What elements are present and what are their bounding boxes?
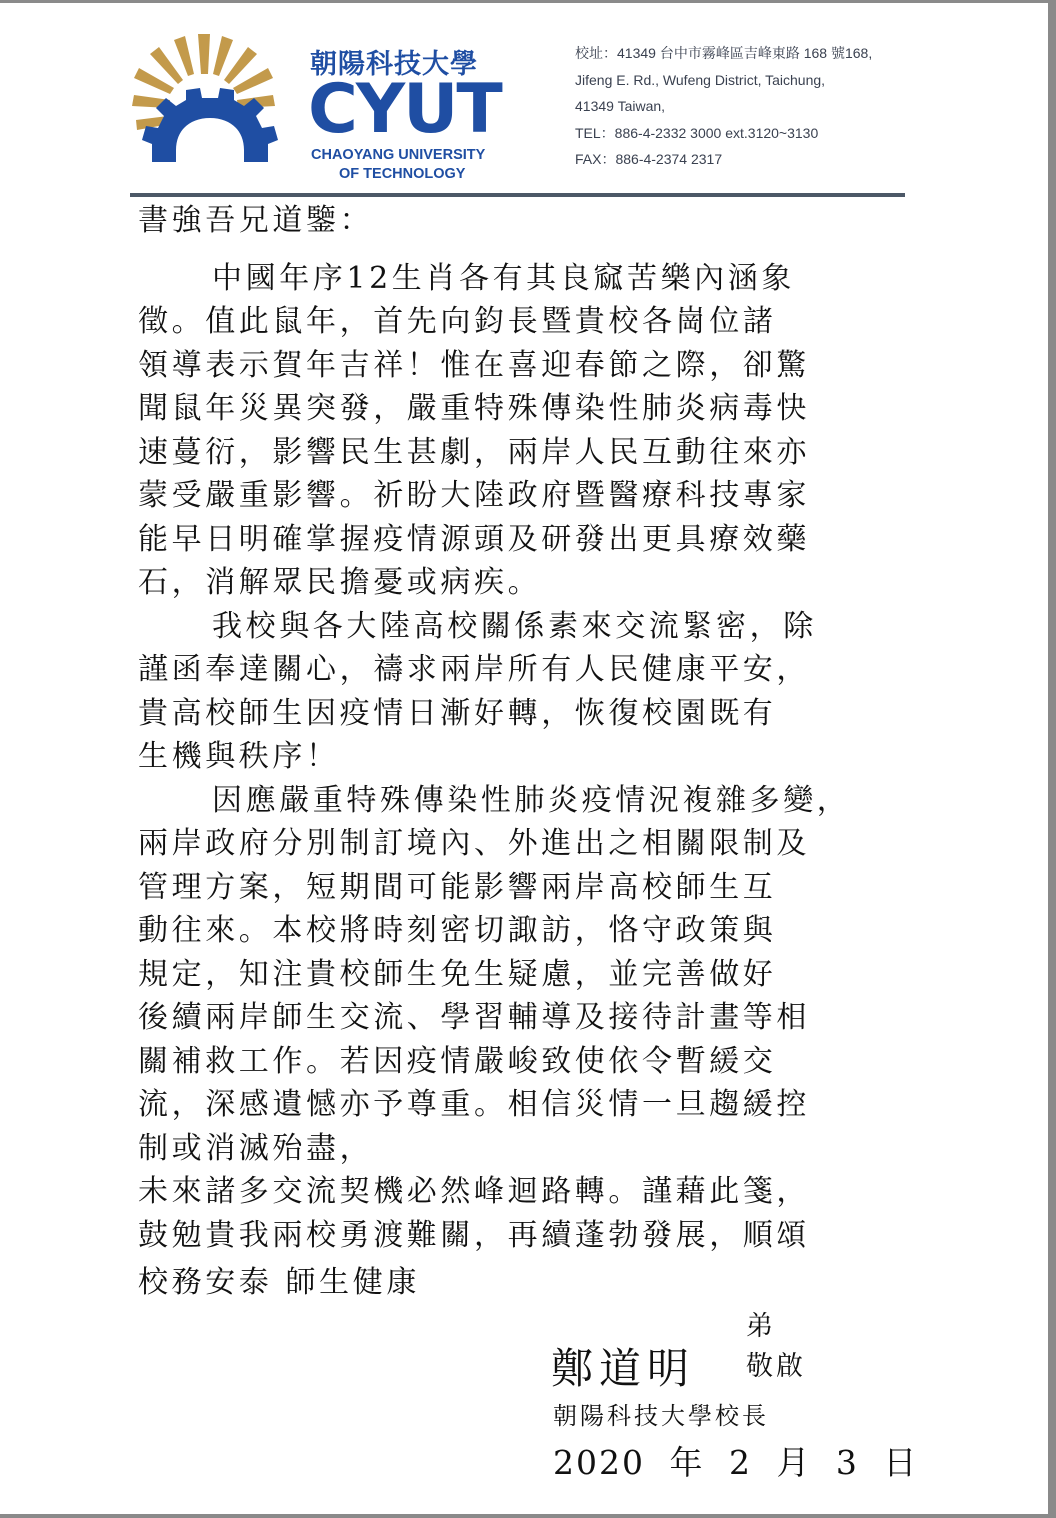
line: 謹函奉達關心，禱求兩岸所有人民健康平安， [138, 648, 908, 692]
signature-date: 2020 年 2 月 3 日 [553, 1437, 918, 1484]
line: 流，深感遺憾亦予尊重。相信災情一旦趨緩控 [138, 1083, 908, 1127]
header-divider [130, 193, 905, 197]
address-line-1: 校址：41349 台中市霧峰區吉峰東路 168 號168, [575, 40, 872, 67]
letter-body: 書強吾兄道鑒： 中國年序12生肖各有其良窳苦樂內涵象 徵。值此鼠年，首先向鈞長暨… [138, 199, 908, 1305]
line: 生機與秩序！ [138, 735, 908, 779]
line: 鼓勉貴我兩校勇渡難關，再續蓬勃發展，順頌 [138, 1214, 908, 1258]
line: 動往來。本校將時刻密切諏訪，恪守政策與 [138, 909, 908, 953]
line: 未來諸多交流契機必然峰迴路轉。謹藉此箋， [138, 1170, 908, 1214]
line: 蒙受嚴重影響。祈盼大陸政府暨醫療科技專家 [138, 474, 908, 518]
line: 制或消滅殆盡， [138, 1127, 908, 1171]
contact-block: 校址：41349 台中市霧峰區吉峰東路 168 號168, Jifeng E. … [575, 40, 872, 173]
line: 領導表示賀年吉祥！惟在喜迎春節之際，卻驚 [138, 344, 908, 388]
fax: FAX：886-4-2374 2317 [575, 146, 872, 173]
line: 規定，知注貴校師生免生疑慮，並完善做好 [138, 953, 908, 997]
viewer-frame-bottom [0, 1514, 1056, 1518]
line: 徵。值此鼠年，首先向鈞長暨貴校各崗位諸 [138, 300, 908, 344]
paragraph-4: 未來諸多交流契機必然峰迴路轉。謹藉此箋， 鼓勉貴我兩校勇渡難關，再續蓬勃發展，順… [138, 1170, 908, 1305]
line: 石，消解眾民擔憂或病疾。 [138, 561, 908, 605]
viewer-scrollbar[interactable] [1048, 0, 1056, 1518]
line: 兩岸政府分別制訂境內、外進出之相關限制及 [138, 822, 908, 866]
line: 因應嚴重特殊傳染性肺炎疫情況複雜多變， [138, 779, 908, 823]
line: 中國年序12生肖各有其良窳苦樂內涵象 [138, 257, 908, 301]
signature-closing: 敬啟 [746, 1344, 806, 1383]
line: 能早日明確掌握疫情源頭及研發出更具療效藥 [138, 518, 908, 562]
line: 校務安泰 師生健康 [138, 1261, 908, 1305]
address-line-3: 41349 Taiwan, [575, 93, 872, 120]
line: 我校與各大陸高校關係素來交流緊密，除 [138, 605, 908, 649]
university-name-en-line2: OF TECHNOLOGY [339, 166, 465, 182]
address-line-2: Jifeng E. Rd., Wufeng District, Taichung… [575, 67, 872, 94]
viewer-frame-top [0, 0, 1056, 3]
university-abbr: CYUT [308, 76, 501, 144]
line: 管理方案，短期間可能影響兩岸高校師生互 [138, 866, 908, 910]
signature-humble: 弟 [746, 1304, 773, 1343]
telephone: TEL：886-4-2332 3000 ext.3120~3130 [575, 120, 872, 147]
sun-gear-logo-icon [132, 32, 287, 162]
line: 關補救工作。若因疫情嚴峻致使依令暫緩交 [138, 1040, 908, 1084]
line: 聞鼠年災異突發，嚴重特殊傳染性肺炎病毒快 [138, 387, 908, 431]
signature-name: 鄭道明 [551, 1336, 695, 1396]
line: 貴高校師生因疫情日漸好轉，恢復校園既有 [138, 692, 908, 736]
paragraph-2: 我校與各大陸高校關係素來交流緊密，除 謹函奉達關心，禱求兩岸所有人民健康平安， … [138, 605, 908, 779]
salutation: 書強吾兄道鑒： [138, 199, 908, 243]
paragraph-1: 中國年序12生肖各有其良窳苦樂內涵象 徵。值此鼠年，首先向鈞長暨貴校各崗位諸 領… [138, 257, 908, 605]
signature-title: 朝陽科技大學校長 [553, 1396, 769, 1431]
paragraph-3: 因應嚴重特殊傳染性肺炎疫情況複雜多變， 兩岸政府分別制訂境內、外進出之相關限制及… [138, 779, 908, 1171]
line: 後續兩岸師生交流、學習輔導及接待計畫等相 [138, 996, 908, 1040]
line: 速蔓衍，影響民生甚劇，兩岸人民互動往來亦 [138, 431, 908, 475]
university-name-en-line1: CHAOYANG UNIVERSITY [311, 147, 485, 163]
